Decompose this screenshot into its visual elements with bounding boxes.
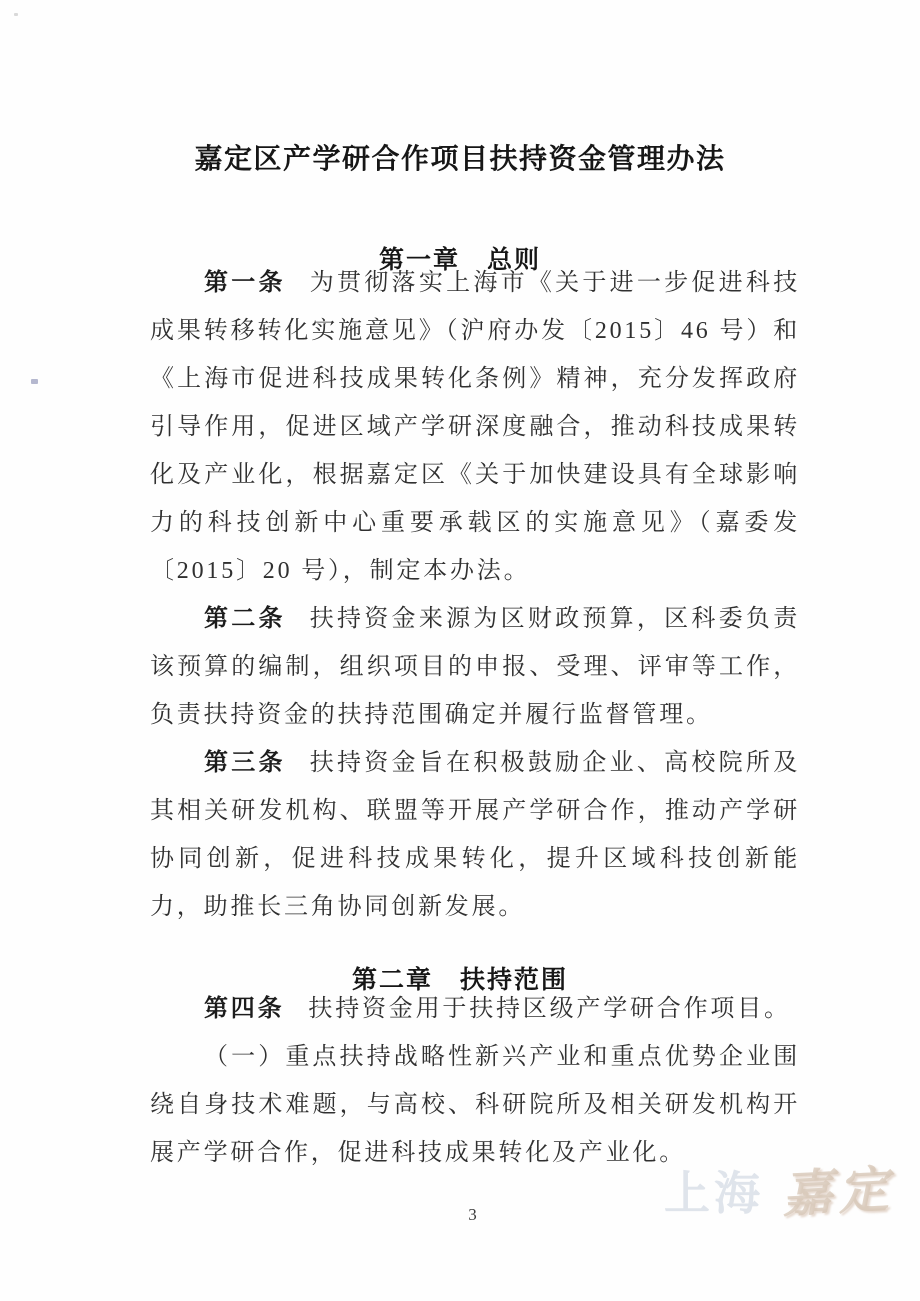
scan-artifact [31, 379, 38, 384]
document-title: 嘉定区产学研合作项目扶持资金管理办法 [0, 137, 920, 177]
article-1-text: 为贯彻落实上海市《关于进一步促进科技成果转移转化实施意见》（沪府办发〔2015〕… [150, 270, 800, 584]
scan-artifact [14, 13, 18, 16]
article-4-item-1: （一）重点扶持战略性新兴产业和重点优势企业围绕自身技术难题，与高校、科研院所及相… [150, 1033, 800, 1177]
chapter-1-body: 第一条为贯彻落实上海市《关于进一步促进科技成果转移转化实施意见》（沪府办发〔20… [150, 259, 800, 931]
article-3: 第三条扶持资金旨在积极鼓励企业、高校院所及其相关研发机构、联盟等开展产学研合作，… [150, 739, 800, 931]
document-page: 嘉定区产学研合作项目扶持资金管理办法 第一章 总则 第一条为贯彻落实上海市《关于… [0, 0, 920, 1301]
article-4-label: 第四条 [204, 996, 284, 1022]
article-1: 第一条为贯彻落实上海市《关于进一步促进科技成果转移转化实施意见》（沪府办发〔20… [150, 259, 800, 595]
article-2-label: 第二条 [204, 606, 286, 632]
chapter-2-body: 第四条扶持资金用于扶持区级产学研合作项目。 （一）重点扶持战略性新兴产业和重点优… [150, 985, 800, 1177]
article-3-label: 第三条 [204, 750, 286, 776]
article-4-item-1-text: （一）重点扶持战略性新兴产业和重点优势企业围绕自身技术难题，与高校、科研院所及相… [150, 1044, 800, 1166]
article-1-label: 第一条 [204, 270, 286, 296]
article-4: 第四条扶持资金用于扶持区级产学研合作项目。 [150, 985, 800, 1033]
article-2: 第二条扶持资金来源为区财政预算，区科委负责该预算的编制，组织项目的申报、受理、评… [150, 595, 800, 739]
page-number: 3 [0, 1205, 920, 1225]
article-4-text: 扶持资金用于扶持区级产学研合作项目。 [308, 996, 790, 1022]
